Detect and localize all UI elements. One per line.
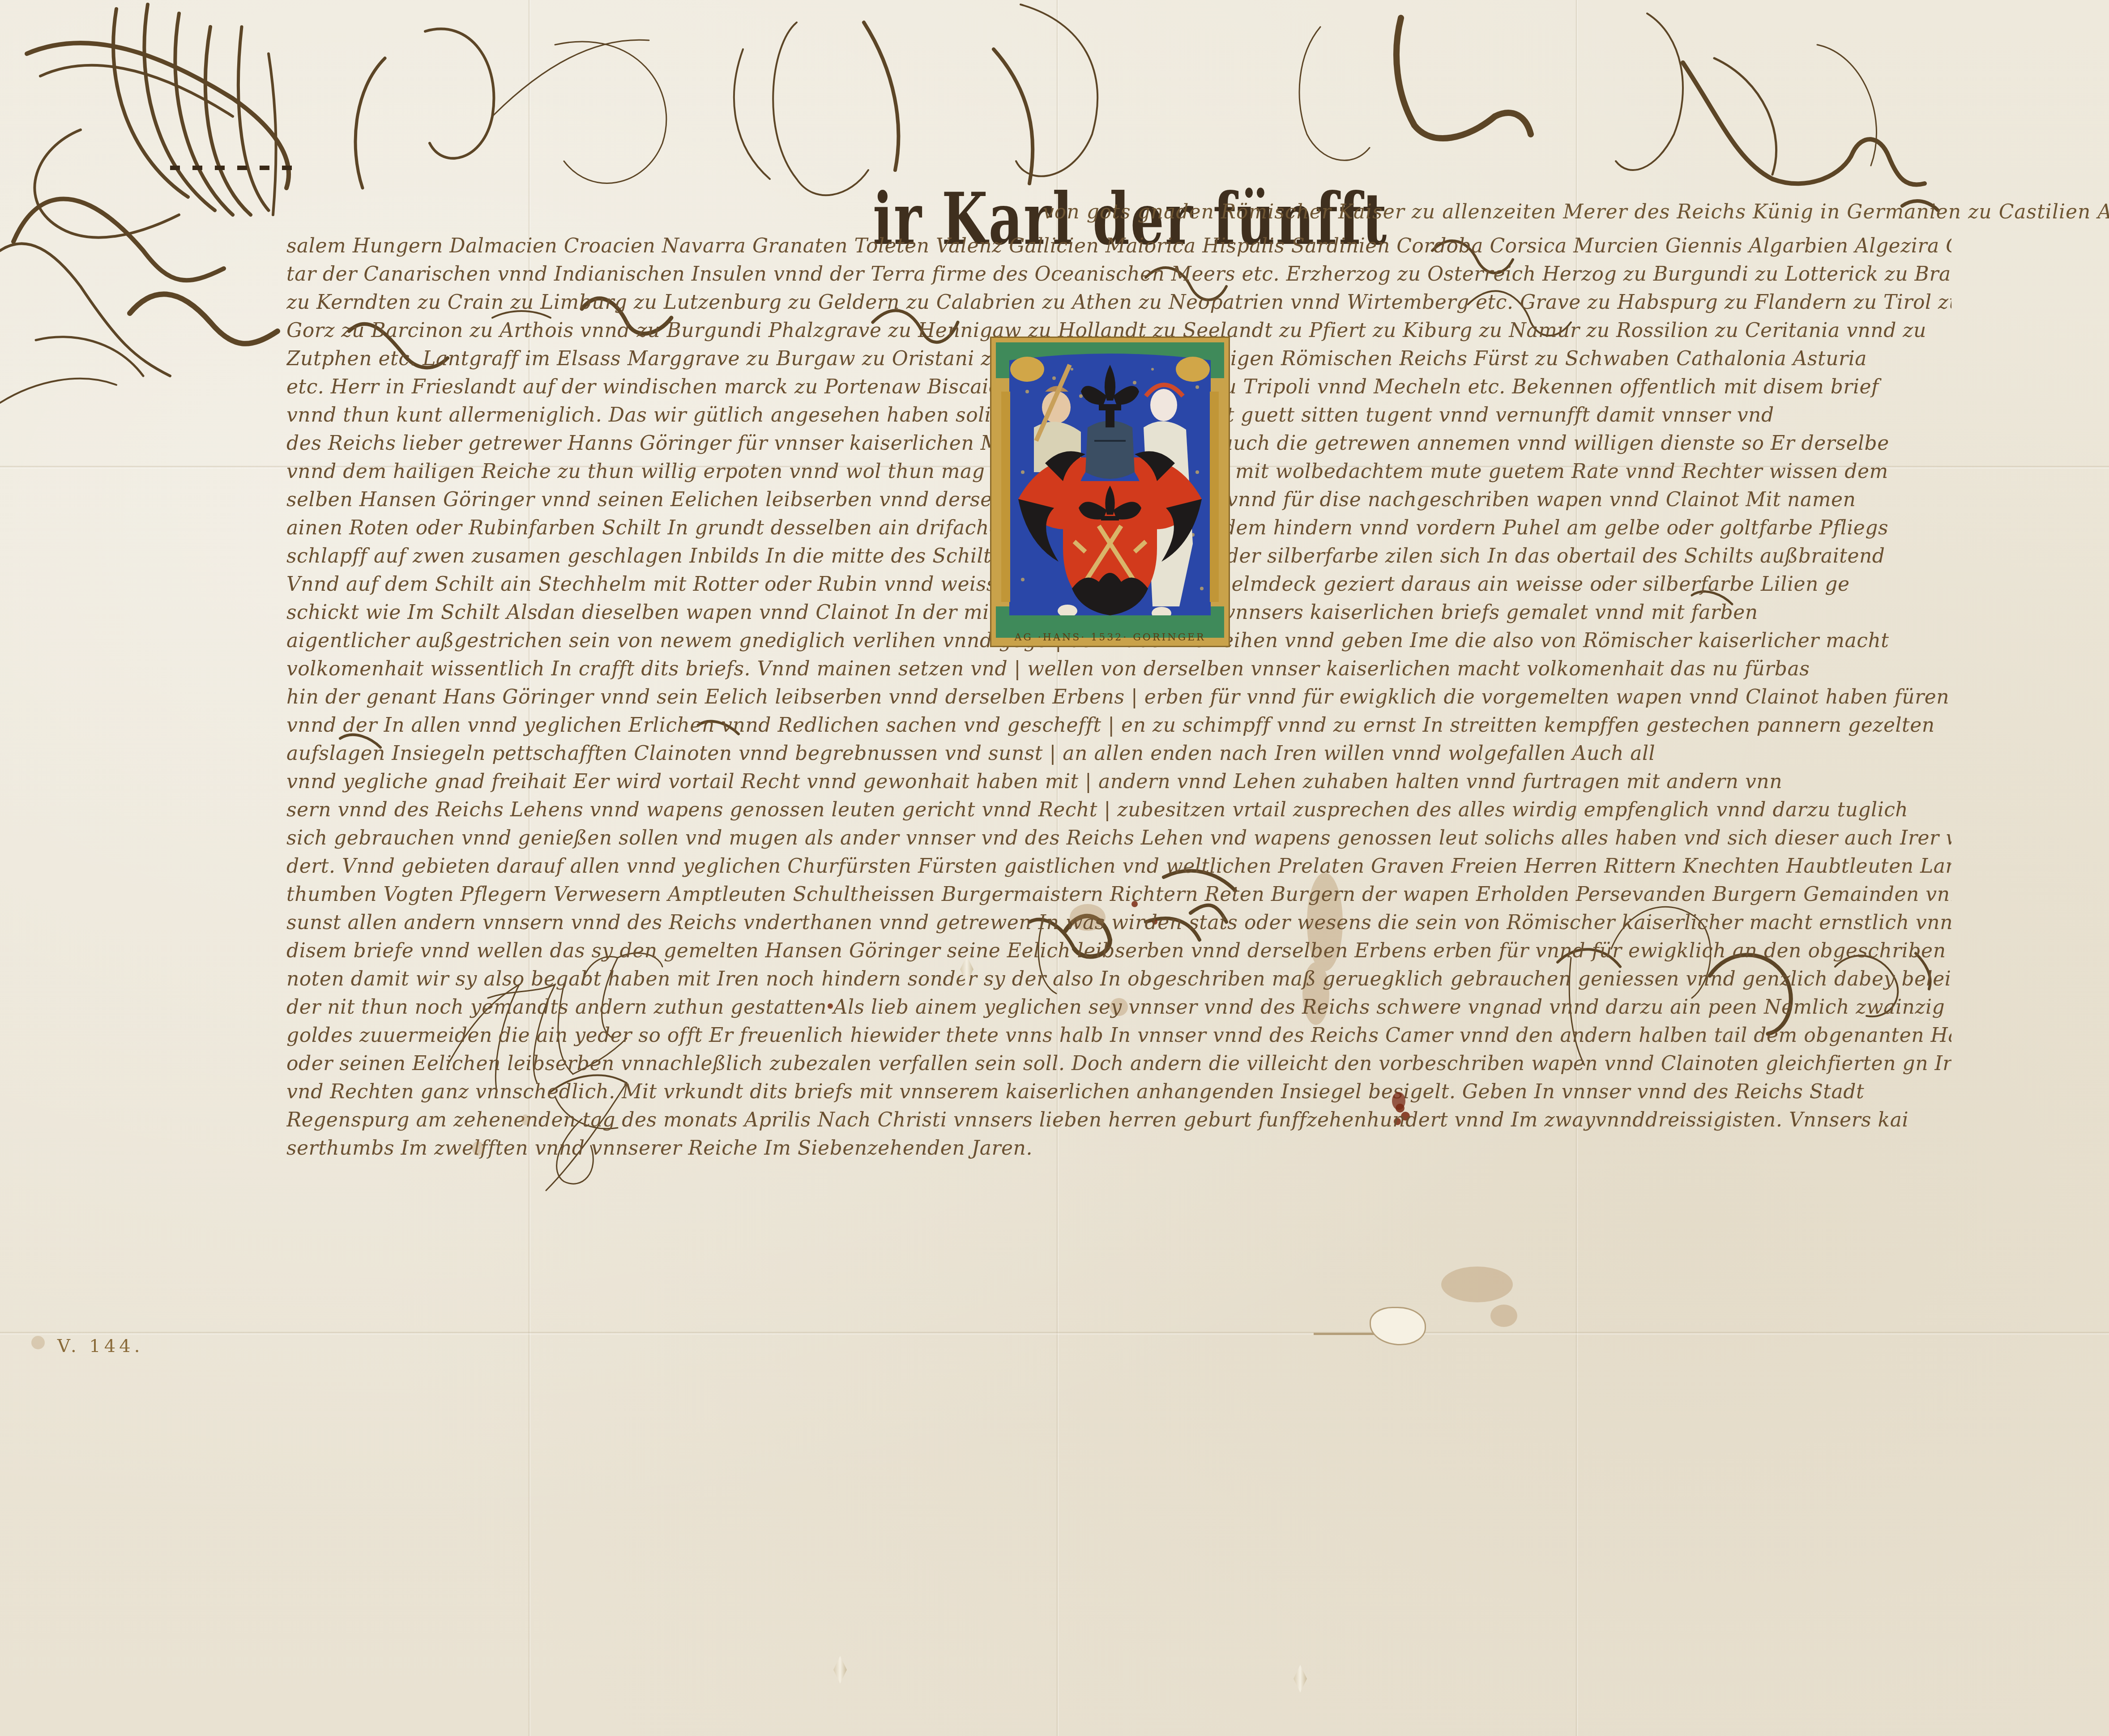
text-line: disem briefe vnnd wellen das sy den geme…	[286, 937, 1951, 965]
text-line: serthumbs Im zwelfften vnnd vnnserer Rei…	[286, 1134, 1951, 1162]
archive-mark: V. 144.	[57, 1336, 143, 1356]
tear	[1314, 1333, 1376, 1335]
text-line: vnnd der In allen vnnd yeglichen Erliche…	[286, 711, 1951, 739]
text-line: der nit thun noch yemandts andern zuthun…	[286, 993, 1951, 1021]
text-line: noten damit wir sy also begabt haben mit…	[286, 965, 1951, 993]
text-line: salem Hungern Dalmacien Croacien Navarra…	[286, 232, 1951, 260]
seal-slit	[1294, 1665, 1307, 1693]
arms-last-name: GORINGER	[1133, 632, 1205, 643]
text-line: dert. Vnnd gebieten darauf allen vnnd ye…	[286, 852, 1951, 880]
coat-of-arms-icon	[991, 338, 1229, 646]
text-line: tar der Canarischen vnnd Indianischen In…	[286, 260, 1951, 288]
seal-slit	[833, 1656, 847, 1684]
fold-line	[0, 1331, 2109, 1335]
arms-inscription: AG ·HANS· 1532· GORINGER	[991, 632, 1229, 643]
text-line: thumben Vogten Pflegern Verwesern Amptle…	[286, 880, 1951, 909]
text-line: oder seinen Eelichen leibserben vnnachle…	[286, 1049, 1951, 1078]
coat-of-arms-miniature: AG ·HANS· 1532· GORINGER	[990, 337, 1230, 647]
text-line: vnnd yegliche gnad freihait Eer wird vor…	[286, 768, 1951, 796]
text-line: sern vnnd des Reichs Lehens vnnd wapens …	[286, 796, 1951, 824]
arms-initials: AG	[1014, 632, 1033, 643]
text-line: Regenspurg am zehenenden tag des monats …	[286, 1106, 1951, 1134]
stain	[472, 1141, 484, 1156]
charter-sheet: ir Karl der fünfft von gots gnaden Römis…	[0, 0, 2109, 1736]
intro-line: von gots gnaden Römischer Kaiser zu alle…	[1043, 200, 2109, 223]
text-line: hin der genant Hans Göringer vnnd sein E…	[286, 683, 1951, 711]
text-line: vnd Rechten ganz vnnschedlich. Mit vrkun…	[286, 1078, 1951, 1106]
ink-stain	[1392, 1092, 1405, 1110]
arms-year: 1532	[1091, 632, 1123, 643]
text-line: sunst allen andern vnnsern vnnd des Reic…	[286, 909, 1951, 937]
stain	[521, 1114, 529, 1125]
stain	[31, 1336, 45, 1349]
hole-damage	[1370, 1307, 1426, 1345]
text-line: volkomenhait wissentlich In crafft dits …	[286, 655, 1951, 683]
text-line: aufslagen Insiegeln pettschafften Claino…	[286, 739, 1951, 768]
text-line: sich gebrauchen vnnd genießen sollen vnd…	[286, 824, 1951, 852]
text-line: zu Kerndten zu Crain zu Limburg zu Lutze…	[286, 288, 1951, 316]
text-line: goldes zuuermeiden die ain yeder so offt…	[286, 1021, 1951, 1049]
arms-first-name: HANS	[1043, 632, 1081, 643]
